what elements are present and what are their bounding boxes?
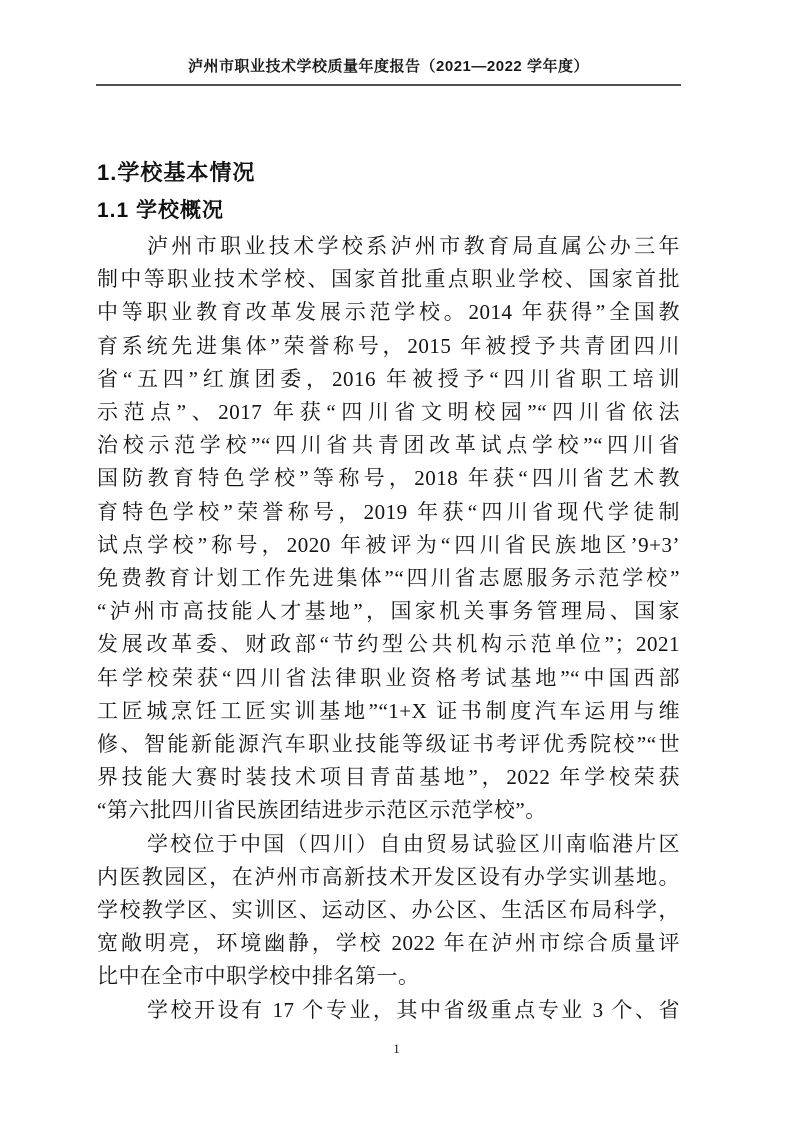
subsection-heading: 1.1 学校概况 bbox=[97, 196, 680, 226]
paragraphs-block: 泸州市职业技术学校系泸州市教育局直属公办三年 制中等职业技术学校、国家首批重点职… bbox=[97, 230, 680, 1027]
paragraph-1: 泸州市职业技术学校系泸州市教育局直属公办三年 制中等职业技术学校、国家首批重点职… bbox=[97, 230, 680, 828]
body-line: 学校开设有 17 个专业，其中省级重点专业 3 个、省 bbox=[97, 994, 680, 1027]
body-line: 修、智能新能源汽车职业技能等级证书考评优秀院校”“世 bbox=[97, 728, 680, 761]
body-line: 年学校荣获“四川省法律职业资格考试基地”“中国西部 bbox=[97, 662, 680, 695]
document-body: 1.学校基本情况 1.1 学校概况 泸州市职业技术学校系泸州市教育局直属公办三年… bbox=[97, 158, 680, 1027]
body-line: 育特色学校”荣誉称号，2019 年获“四川省现代学徒制 bbox=[97, 496, 680, 529]
paragraph-3: 学校开设有 17 个专业，其中省级重点专业 3 个、省 bbox=[97, 994, 680, 1027]
page-number: 1 bbox=[0, 1040, 793, 1058]
body-line: 宽敞明亮，环境幽静，学校 2022 年在泸州市综合质量评 bbox=[97, 927, 680, 960]
page-footer: 1 bbox=[0, 1040, 793, 1058]
body-line: 省“五四”红旗团委，2016 年被授予“四川省职工培训 bbox=[97, 363, 680, 396]
body-line: 免费教育计划工作先进集体”“四川省志愿服务示范学校” bbox=[97, 562, 680, 595]
body-line: 示范点”、2017 年获“四川省文明校园”“四川省依法 bbox=[97, 396, 680, 429]
page-header-title: 泸州市职业技术学校质量年度报告（2021—2022 学年度） bbox=[96, 57, 681, 77]
body-line: 发展改革委、财政部“节约型公共机构示范单位”；2021 bbox=[97, 628, 680, 661]
paragraph-2: 学校位于中国（四川）自由贸易试验区川南临港片区 内医教园区，在泸州市高新技术开发… bbox=[97, 828, 680, 994]
body-line: 工匠城烹饪工匠实训基地”“1+X 证书制度汽车运用与维 bbox=[97, 695, 680, 728]
body-line: 治校示范学校”“四川省共青团改革试点学校”“四川省 bbox=[97, 429, 680, 462]
body-line: 学校位于中国（四川）自由贸易试验区川南临港片区 bbox=[97, 828, 680, 861]
body-line: 育系统先进集体”荣誉称号，2015 年被授予共青团四川 bbox=[97, 330, 680, 363]
document-page: 泸州市职业技术学校质量年度报告（2021—2022 学年度） 1.学校基本情况 … bbox=[0, 0, 793, 1122]
body-line: 中等职业教育改革发展示范学校。2014 年获得”全国教 bbox=[97, 296, 680, 329]
body-line: “第六批四川省民族团结进步示范区示范学校”。 bbox=[97, 794, 680, 827]
body-line: 国防教育特色学校”等称号，2018 年获“四川省艺术教 bbox=[97, 462, 680, 495]
body-line: 制中等职业技术学校、国家首批重点职业学校、国家首批 bbox=[97, 263, 680, 296]
body-line: “泸州市高技能人才基地”，国家机关事务管理局、国家 bbox=[97, 595, 680, 628]
body-line: 学校教学区、实训区、运动区、办公区、生活区布局科学， bbox=[97, 894, 680, 927]
body-line: 试点学校”称号，2020 年被评为“四川省民族地区’9+3’ bbox=[97, 529, 680, 562]
body-line: 界技能大赛时装技术项目青苗基地”，2022 年学校荣获 bbox=[97, 761, 680, 794]
body-line: 内医教园区，在泸州市高新技术开发区设有办学实训基地。 bbox=[97, 861, 680, 894]
body-line: 比中在全市中职学校中排名第一。 bbox=[97, 960, 680, 993]
body-line: 泸州市职业技术学校系泸州市教育局直属公办三年 bbox=[97, 230, 680, 263]
section-heading: 1.学校基本情况 bbox=[97, 158, 680, 188]
page-header: 泸州市职业技术学校质量年度报告（2021—2022 学年度） bbox=[96, 57, 681, 86]
